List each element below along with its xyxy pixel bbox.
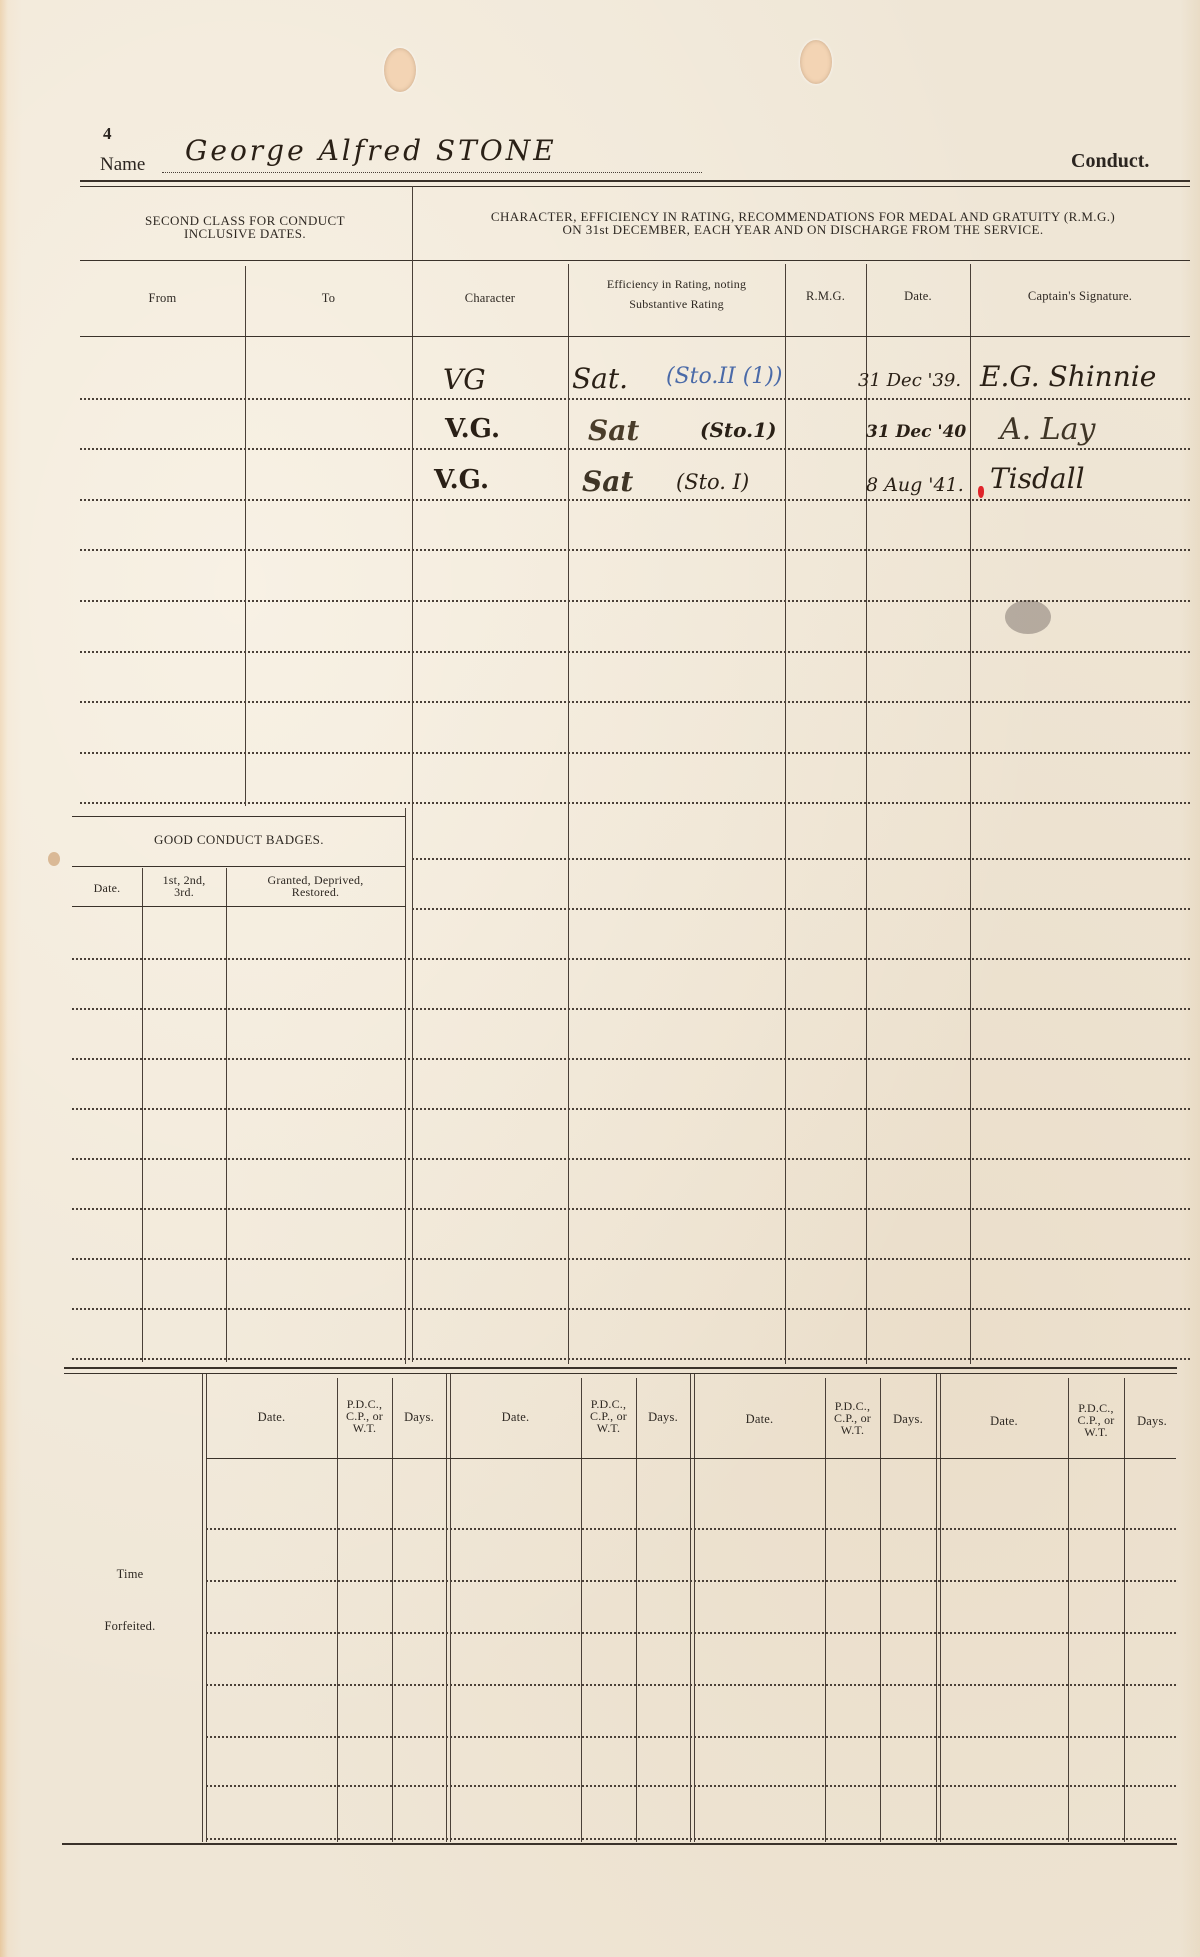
col-from: From [80, 292, 245, 305]
entry-1-signature: E.G. Shinnie [980, 360, 1156, 393]
group-3-left [690, 1374, 695, 1842]
time-forfeited-label-1: Time [60, 1568, 200, 1581]
row-dots [80, 600, 1190, 602]
entry-3-date: 8 Aug '41. [866, 474, 964, 496]
col-date: Date. [866, 290, 970, 303]
group-2-divider [581, 1378, 582, 1842]
section-title: Conduct. [1071, 150, 1149, 173]
group-4-days: Days. [1124, 1415, 1180, 1428]
badges-heading: GOOD CONDUCT BADGES. [72, 833, 406, 846]
group-2-divider [636, 1378, 637, 1842]
time-section-rule-bottom [64, 1373, 1177, 1374]
entry-1-efficiency: Sat. [572, 362, 628, 395]
group-1-date: Date. [206, 1411, 337, 1424]
row-dots [206, 1684, 1176, 1686]
group-3-divider [880, 1378, 881, 1842]
name-dotted-line [162, 172, 702, 173]
group-2-type: P.D.C., C.P., or W.T. [581, 1398, 636, 1434]
row-dots [72, 958, 1190, 960]
page-number: 4 [103, 124, 112, 144]
punch-hole-right [800, 40, 832, 84]
row-dots [206, 1785, 1176, 1787]
ink-smudge [1005, 600, 1051, 634]
group-4-divider [1068, 1378, 1069, 1842]
row-dots [412, 908, 1190, 910]
badge-col-date: Date. [72, 882, 142, 894]
row-dots [72, 1108, 1190, 1110]
divider-character [568, 264, 569, 1364]
group-4-divider [1124, 1378, 1125, 1842]
row-dots [206, 1632, 1176, 1634]
col-efficiency: Efficiency in Rating, noting Substantive… [568, 278, 785, 310]
stain-spot [48, 852, 60, 866]
name-handwritten: George Alfred STONE [185, 134, 557, 167]
row-dots [72, 1008, 1190, 1010]
group-3-days: Days. [880, 1413, 936, 1426]
row-dots [80, 802, 1190, 804]
row-dots [80, 398, 1190, 400]
entry-3-rating: (Sto. I) [676, 470, 749, 494]
divider-badge-status [405, 808, 406, 1364]
group-3-divider [825, 1378, 826, 1842]
row-dots [206, 1580, 1176, 1582]
badges-top-rule [72, 816, 406, 817]
group-1-divider [392, 1378, 393, 1842]
group-1-left [202, 1374, 207, 1842]
row-dots [80, 651, 1190, 653]
entry-2-signature: A. Lay [1000, 412, 1096, 447]
time-header-rule [206, 1458, 1176, 1459]
row-dots [80, 549, 1190, 551]
row-dots [72, 1358, 1190, 1360]
character-heading: CHARACTER, EFFICIENCY IN RATING, RECOMME… [412, 210, 1194, 236]
entry-3-signature: Tisdall [990, 462, 1085, 495]
row-dots [206, 1736, 1176, 1738]
group-3-type: P.D.C., C.P., or W.T. [825, 1400, 880, 1436]
row-dots [206, 1838, 1176, 1840]
heading-rule [80, 260, 1190, 261]
bottom-rule [62, 1843, 1177, 1845]
group-3-date: Date. [694, 1413, 825, 1426]
row-dots [72, 1058, 1190, 1060]
second-class-heading: SECOND CLASS FOR CONDUCT INCLUSIVE DATES… [80, 214, 410, 240]
red-ink-mark [978, 486, 984, 498]
name-label: Name [100, 154, 145, 176]
badge-col-status: Granted, Deprived, Restored. [226, 874, 405, 898]
col-signature: Captain's Signature. [970, 290, 1190, 303]
row-dots [80, 701, 1190, 703]
row-dots [80, 499, 1190, 501]
row-dots [80, 752, 1190, 754]
divider-second-class [412, 186, 413, 1362]
entry-2-character: V.G. [445, 414, 500, 444]
group-4-left [936, 1374, 941, 1842]
group-4-type: P.D.C., C.P., or W.T. [1068, 1402, 1124, 1438]
badges-col-rule [72, 906, 406, 907]
group-2-left [446, 1374, 451, 1842]
entry-2-rating: (Sto.1) [700, 418, 776, 442]
col-to: To [245, 292, 412, 305]
header-rule-bottom [80, 186, 1190, 187]
header-rule-top [80, 180, 1190, 182]
badges-heading-rule [72, 866, 406, 867]
entry-2-efficiency: Sat [588, 414, 639, 447]
row-dots [72, 1208, 1190, 1210]
row-dots [72, 1308, 1190, 1310]
group-1-divider [337, 1378, 338, 1842]
col-rmg: R.M.G. [785, 290, 866, 303]
divider-efficiency [785, 264, 786, 1364]
group-2-days: Days. [636, 1411, 690, 1424]
entry-1-rating: (Sto.II (1)) [666, 364, 782, 389]
row-dots [72, 1258, 1190, 1260]
entry-1-character: VG [443, 363, 486, 396]
entry-2-date: 31 Dec '40 [866, 422, 966, 442]
time-forfeited-label-2: Forfeited. [60, 1620, 200, 1633]
divider-badge-date [142, 868, 143, 1362]
divider-date [970, 264, 971, 1364]
punch-hole-left [384, 48, 416, 92]
divider-badge-order [226, 868, 227, 1362]
col-character: Character [412, 292, 568, 305]
row-dots [72, 1158, 1190, 1160]
entry-3-character: V.G. [434, 465, 489, 495]
row-dots [80, 448, 1190, 450]
group-1-days: Days. [392, 1411, 446, 1424]
divider-from-to [245, 266, 246, 806]
entry-1-date: 31 Dec '39. [858, 370, 961, 391]
badge-col-order: 1st, 2nd, 3rd. [142, 874, 226, 898]
group-1-type: P.D.C., C.P., or W.T. [337, 1398, 392, 1434]
column-header-rule [80, 336, 1190, 337]
time-section-rule-top [64, 1367, 1177, 1369]
row-dots [412, 858, 1190, 860]
entry-3-efficiency: Sat [582, 465, 633, 498]
row-dots [206, 1528, 1176, 1530]
group-2-date: Date. [450, 1411, 581, 1424]
group-4-date: Date. [940, 1415, 1068, 1428]
